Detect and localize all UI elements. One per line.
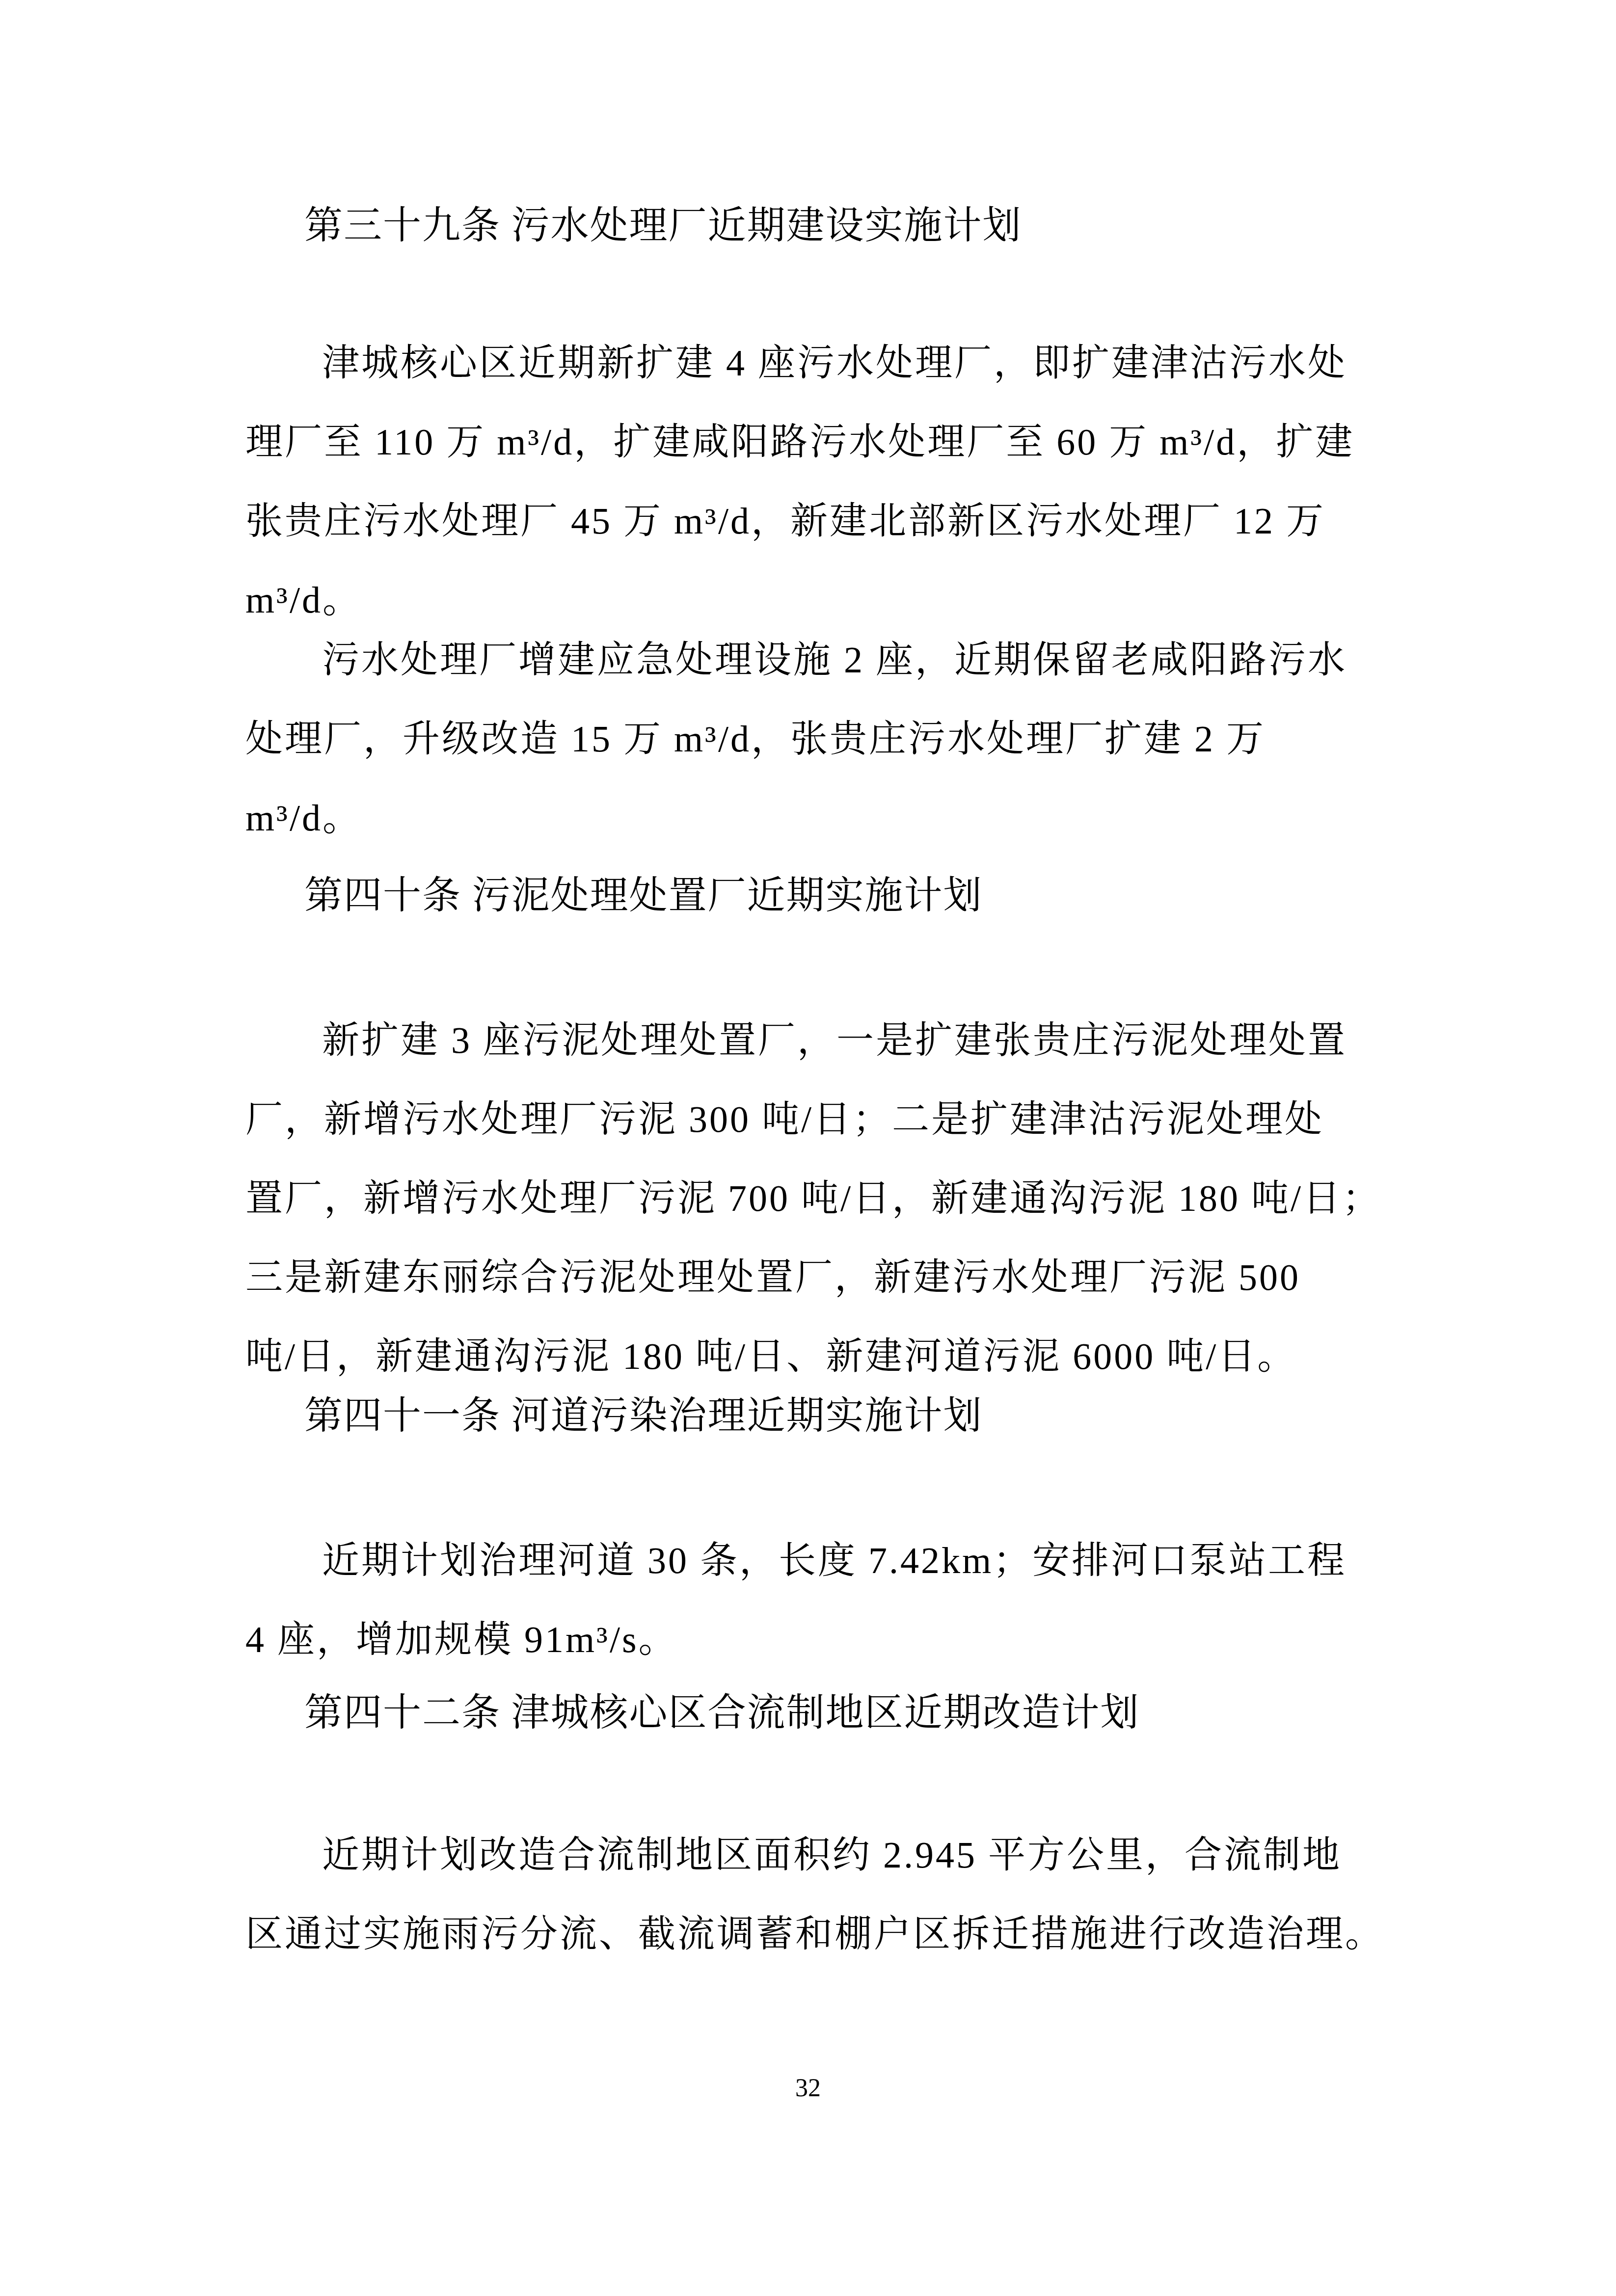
text-line: 新扩建 3 座污泥处理处置厂，一是扩建张贵庄污泥处理处置: [245, 1001, 1379, 1080]
text-line: 张贵庄污水处理厂 45 万 m³/d，新建北部新区污水处理厂 12 万: [245, 482, 1379, 561]
text-line: 近期计划治理河道 30 条，长度 7.42km；安排河口泵站工程: [245, 1522, 1379, 1601]
text-line: 津城核心区近期新扩建 4 座污水处理厂，即扩建津沽污水处: [245, 324, 1379, 403]
text-line: 置厂，新增污水处理厂污泥 700 吨/日，新建通沟污泥 180 吨/日；: [245, 1159, 1379, 1238]
section-heading-40: 第四十条 污泥处理处置厂近期实施计划: [304, 871, 983, 920]
section-41-paragraph-1: 近期计划治理河道 30 条，长度 7.42km；安排河口泵站工程 4 座，增加规…: [245, 1522, 1379, 1680]
page-number: 32: [0, 2074, 1616, 2103]
text-line: 处理厂，升级改造 15 万 m³/d，张贵庄污水处理厂扩建 2 万: [245, 700, 1379, 779]
section-heading-42: 第四十二条 津城核心区合流制地区近期改造计划: [304, 1688, 1140, 1737]
section-42-paragraph-1: 近期计划改造合流制地区面积约 2.945 平方公里，合流制地 区通过实施雨污分流…: [245, 1816, 1379, 1974]
text-line: 区通过实施雨污分流、截流调蓄和棚户区拆迁措施进行改造治理。: [245, 1895, 1379, 1974]
text-line: 三是新建东丽综合污泥处理处置厂，新建污水处理厂污泥 500: [245, 1238, 1379, 1317]
text-line: 4 座，增加规模 91m³/s。: [245, 1601, 1379, 1680]
section-40-paragraph-1: 新扩建 3 座污泥处理处置厂，一是扩建张贵庄污泥处理处置 厂，新增污水处理厂污泥…: [245, 1001, 1379, 1396]
section-heading-39: 第三十九条 污水处理厂近期建设实施计划: [304, 201, 1022, 250]
section-heading-41: 第四十一条 河道污染治理近期实施计划: [304, 1391, 983, 1441]
section-39-paragraph-1: 津城核心区近期新扩建 4 座污水处理厂，即扩建津沽污水处 理厂至 110 万 m…: [245, 324, 1379, 640]
text-line: 近期计划改造合流制地区面积约 2.945 平方公里，合流制地: [245, 1816, 1379, 1895]
text-line: 理厂至 110 万 m³/d，扩建咸阳路污水处理厂至 60 万 m³/d，扩建: [245, 403, 1379, 482]
text-line: 吨/日，新建通沟污泥 180 吨/日、新建河道污泥 6000 吨/日。: [245, 1317, 1379, 1396]
document-page: 第三十九条 污水处理厂近期建设实施计划 津城核心区近期新扩建 4 座污水处理厂，…: [0, 0, 1616, 2296]
text-line: 厂，新增污水处理厂污泥 300 吨/日；二是扩建津沽污泥处理处: [245, 1080, 1379, 1159]
text-line: m³/d。: [245, 779, 1379, 858]
section-39-paragraph-2: 污水处理厂增建应急处理设施 2 座，近期保留老咸阳路污水 处理厂，升级改造 15…: [245, 621, 1379, 858]
text-line: 污水处理厂增建应急处理设施 2 座，近期保留老咸阳路污水: [245, 621, 1379, 700]
